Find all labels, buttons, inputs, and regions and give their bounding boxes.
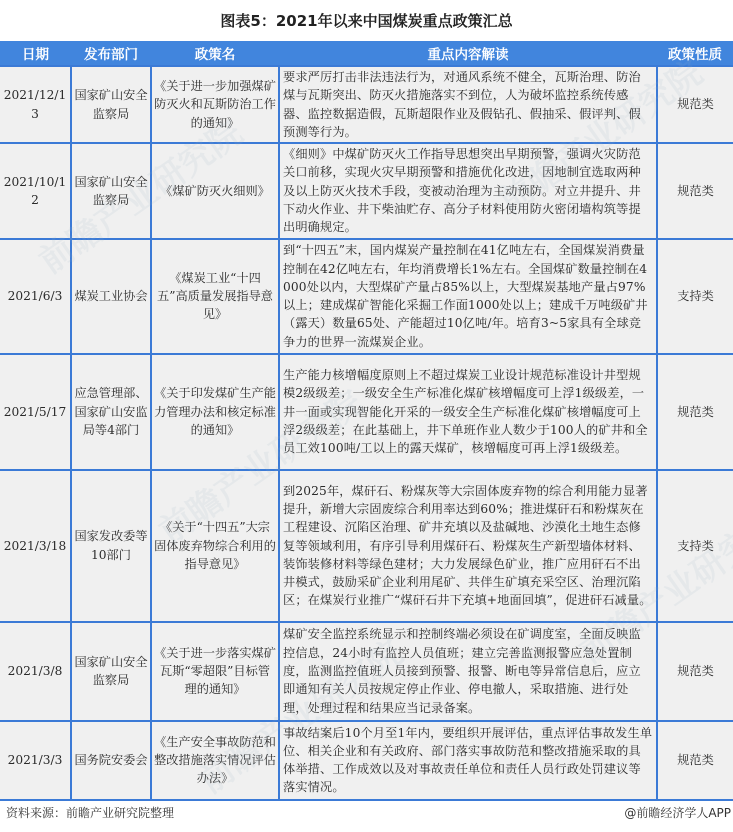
cell-nature: 规范类 — [657, 354, 733, 470]
cell-content: 到2025年，煤矸石、粉煤灰等大宗固体废弃物的综合利用能力显著提升，新增大宗固废… — [279, 470, 657, 622]
cell-department: 国务院安委会 — [71, 721, 151, 800]
cell-date: 2021/10/12 — [0, 143, 71, 238]
cell-nature: 规范类 — [657, 721, 733, 800]
cell-nature: 规范类 — [657, 622, 733, 721]
table-row: 2021/3/18 国家发改委等10部门 《关于“十四五”大宗固体废弃物综合利用… — [0, 470, 733, 622]
cell-policy-name: 《关于进一步落实煤矿瓦斯“零超限”目标管理的通知》 — [151, 622, 279, 721]
cell-policy-name: 《煤矿防灭火细则》 — [151, 143, 279, 238]
cell-date: 2021/12/13 — [0, 66, 71, 143]
header-date: 日期 — [0, 41, 71, 66]
cell-date: 2021/5/17 — [0, 354, 71, 470]
cell-nature: 支持类 — [657, 239, 733, 354]
cell-policy-name: 《关于“十四五”大宗固体废弃物综合利用的指导意见》 — [151, 470, 279, 622]
cell-department: 国家矿山安全监察局 — [71, 66, 151, 143]
cell-date: 2021/3/8 — [0, 622, 71, 721]
cell-nature: 规范类 — [657, 143, 733, 238]
cell-policy-name: 《关于印发煤矿生产能力管理办法和核定标准的通知》 — [151, 354, 279, 470]
cell-content: 事故结案后10个月至1年内，要组织开展评估，重点评估事故发生单位、相关企业和有关… — [279, 721, 657, 800]
policy-table: 日期 发布部门 政策名 重点内容解读 政策性质 2021/12/13 国家矿山安… — [0, 41, 733, 801]
table-row: 2021/3/3 国务院安委会 《生产安全事故防范和整改措施落实情况评估办法》 … — [0, 721, 733, 800]
cell-policy-name: 《煤炭工业“十四五”高质量发展指导意见》 — [151, 239, 279, 354]
table-header-row: 日期 发布部门 政策名 重点内容解读 政策性质 — [0, 41, 733, 66]
source-note: 资料来源：前瞻产业研究院整理 — [6, 804, 174, 821]
cell-content: 《细则》中煤矿防灭火工作指导思想突出早期预警，强调火灾防范关口前移，实现火灾早期… — [279, 143, 657, 238]
brand-credit: @前瞻经济学人APP — [624, 804, 731, 821]
cell-date: 2021/3/3 — [0, 721, 71, 800]
cell-content: 煤矿安全监控系统显示和控制终端必须设在矿调度室，全面反映监控信息，24小时有监控… — [279, 622, 657, 721]
cell-policy-name: 《生产安全事故防范和整改措施落实情况评估办法》 — [151, 721, 279, 800]
cell-content: 要求严厉打击非法违法行为，对通风系统不健全，瓦斯治理、防治煤与瓦斯突出、防灭火措… — [279, 66, 657, 143]
cell-department: 国家发改委等10部门 — [71, 470, 151, 622]
cell-department: 国家矿山安全监察局 — [71, 143, 151, 238]
chart-title: 图表5：2021年以来中国煤炭重点政策汇总 — [0, 10, 733, 31]
table-row: 2021/6/3 煤炭工业协会 《煤炭工业“十四五”高质量发展指导意见》 到“十… — [0, 239, 733, 354]
header-nature: 政策性质 — [657, 41, 733, 66]
header-policy-name: 政策名 — [151, 41, 279, 66]
cell-date: 2021/6/3 — [0, 239, 71, 354]
table-row: 2021/3/8 国家矿山安全监察局 《关于进一步落实煤矿瓦斯“零超限”目标管理… — [0, 622, 733, 721]
cell-date: 2021/3/18 — [0, 470, 71, 622]
cell-department: 应急管理部、国家矿山安监局等4部门 — [71, 354, 151, 470]
header-department: 发布部门 — [71, 41, 151, 66]
cell-nature: 规范类 — [657, 66, 733, 143]
table-row: 2021/5/17 应急管理部、国家矿山安监局等4部门 《关于印发煤矿生产能力管… — [0, 354, 733, 470]
cell-content: 生产能力核增幅度原则上不超过煤炭工业设计规范标准设计井型规模2级级差；一级安全生… — [279, 354, 657, 470]
cell-policy-name: 《关于进一步加强煤矿防灭火和瓦斯防治工作的通知》 — [151, 66, 279, 143]
table-row: 2021/12/13 国家矿山安全监察局 《关于进一步加强煤矿防灭火和瓦斯防治工… — [0, 66, 733, 143]
cell-department: 煤炭工业协会 — [71, 239, 151, 354]
header-content: 重点内容解读 — [279, 41, 657, 66]
cell-department: 国家矿山安全监察局 — [71, 622, 151, 721]
table-row: 2021/10/12 国家矿山安全监察局 《煤矿防灭火细则》 《细则》中煤矿防灭… — [0, 143, 733, 238]
cell-content: 到“十四五”末，国内煤炭产量控制在41亿吨左右，全国煤炭消费量控制在42亿吨左右… — [279, 239, 657, 354]
cell-nature: 支持类 — [657, 470, 733, 622]
